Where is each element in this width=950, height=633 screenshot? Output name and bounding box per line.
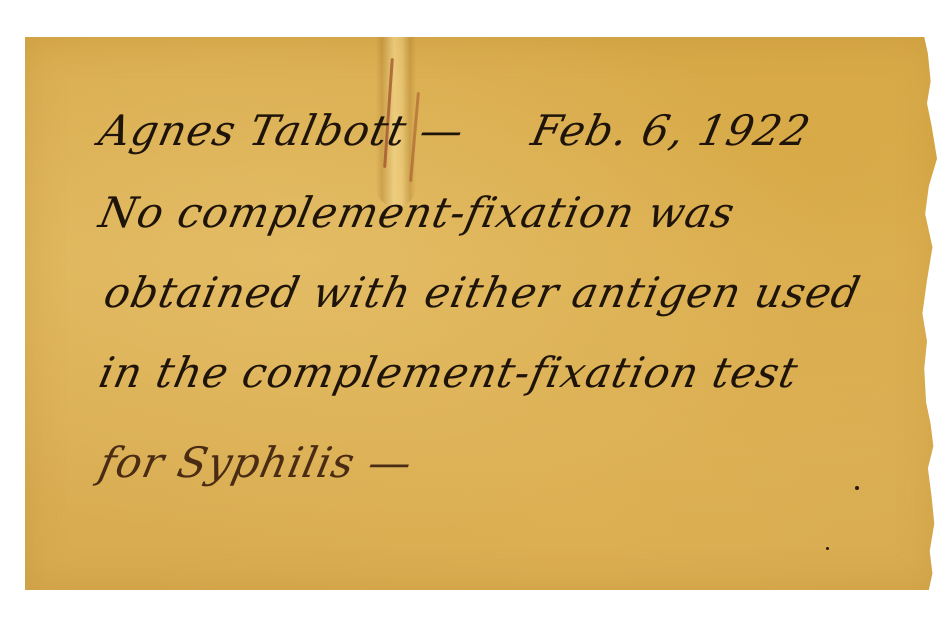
text-line: No complement-fixation was (96, 192, 739, 234)
text-line: in the complement-fixation test (96, 352, 802, 394)
text-line: for Syphilis — (96, 442, 417, 484)
header-line: Agnes Talbott — Feb. 6, 1922 (96, 110, 815, 152)
ink-speck (855, 486, 859, 490)
note-date: Feb. 6, 1922 (527, 106, 815, 155)
ink-speck (826, 547, 829, 550)
scan-canvas: Agnes Talbott — Feb. 6, 1922 No compleme… (0, 0, 950, 633)
text-line: obtained with either antigen used (101, 272, 865, 314)
patient-name: Agnes Talbott — (95, 106, 469, 155)
